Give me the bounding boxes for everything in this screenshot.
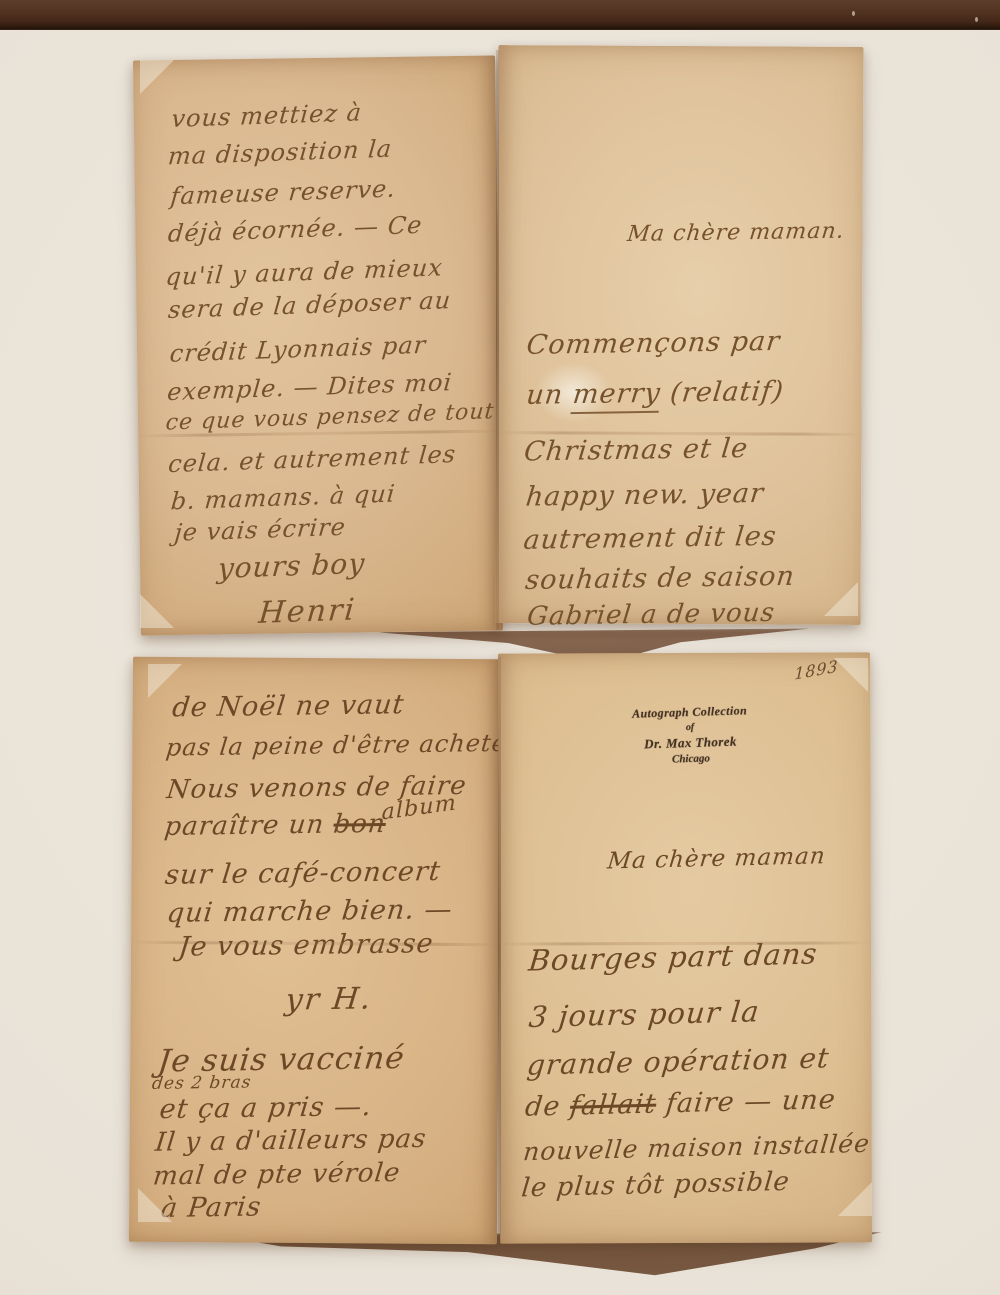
handwriting-line: un merry (relatif) (525, 378, 785, 409)
handwriting-line: b. mamans. à qui (170, 482, 397, 514)
handwriting-line: de Noël ne vaut (171, 691, 406, 721)
line-segment: de (524, 1091, 572, 1123)
handwriting-line: grande opération et (526, 1044, 831, 1079)
bottom-letter-right-page: 1893 Autograph Collection of Dr. Max Tho… (498, 652, 872, 1243)
line-segment: faire — une (655, 1084, 838, 1119)
underlined-word: merry (571, 378, 663, 414)
closing-line: yours boy (217, 550, 367, 583)
handwriting-line: 3 jours pour la (528, 997, 761, 1032)
dust-speck (852, 11, 855, 16)
handwriting-line: le plus tôt possible (520, 1169, 791, 1202)
year-annotation: 1893 (794, 656, 839, 683)
handwriting-line: à Paris (160, 1194, 263, 1222)
handwriting-line: qu'il y aura de mieux (165, 255, 444, 289)
handwriting-line: Christmas et le (523, 435, 750, 465)
dust-speck (975, 17, 978, 22)
line-segment: un (525, 379, 575, 411)
handwriting-line: exemple. — Dites moi (166, 370, 453, 404)
handwriting-line: nouvelle maison installée (522, 1131, 871, 1164)
handwriting-line: je vais écrire (173, 515, 347, 545)
handwriting-line: Il y a d'ailleurs pas (154, 1126, 428, 1156)
line-segment: (relatif) (659, 376, 785, 409)
handwriting-line: fameuse reserve. (170, 177, 397, 209)
handwriting-line: sera de la déposer au (167, 288, 452, 322)
struck-word: bon (332, 809, 387, 840)
interline-note: des 2 bras (151, 1075, 252, 1093)
top-letter-left-page: vous mettiez à ma disposition la fameuse… (133, 56, 503, 636)
handwriting-line: Gabriel a de vous (526, 600, 777, 630)
handwriting-line: happy new. year (524, 480, 765, 511)
bottom-letter-left-page: de Noël ne vaut pas la peine d'être ache… (129, 657, 501, 1245)
collector-stamp: Autograph Collection of Dr. Max Thorek C… (609, 703, 771, 768)
handwriting-line: déjà écornée. — Ce (167, 213, 423, 246)
center-fold-top-letter (496, 50, 499, 630)
stamp-line: Chicago (611, 751, 771, 768)
handwriting-line: cela. et autrement les (167, 442, 457, 476)
handwriting-line: crédit Lyonnais par (169, 333, 428, 366)
signature: yr H. (284, 985, 374, 1016)
top-letter-right-page: Ma chère maman. Commençons par un merry … (495, 45, 863, 625)
handwriting-line: ma disposition la (167, 137, 393, 169)
framed-letters-photo: vous mettiez à ma disposition la fameuse… (0, 0, 1000, 1295)
handwriting-line: autrement dit les (522, 523, 778, 554)
handwriting-line: paraître un bonalbum (163, 810, 462, 840)
handwriting-line: qui marche bien. — (165, 896, 454, 927)
handwriting-line: Je suis vacciné (156, 1043, 406, 1077)
handwriting-line: et ça a pris —. (158, 1093, 373, 1123)
struck-word: fallait (569, 1089, 658, 1122)
line-segment: paraître un (163, 810, 335, 842)
handwriting-line: mal de pte vérole (152, 1160, 402, 1189)
handwriting-line: Commençons par (525, 328, 781, 359)
handwriting-line: souhaits de saison (524, 563, 796, 594)
salutation: Ma chère maman (606, 845, 826, 873)
frame-edge (0, 0, 1000, 30)
signature: Henri (257, 595, 357, 628)
center-fold-bottom-letter (498, 657, 501, 1242)
handwriting-line: de fallait faire — une (524, 1086, 837, 1121)
handwriting-line: pas la peine d'être acheté. (165, 731, 517, 760)
stamp-line: Dr. Max Thorek (610, 733, 770, 754)
handwriting-line: sur le café-concert (164, 858, 442, 889)
handwriting-line: vous mettiez à (171, 100, 364, 131)
salutation: Ma chère maman. (626, 221, 846, 246)
